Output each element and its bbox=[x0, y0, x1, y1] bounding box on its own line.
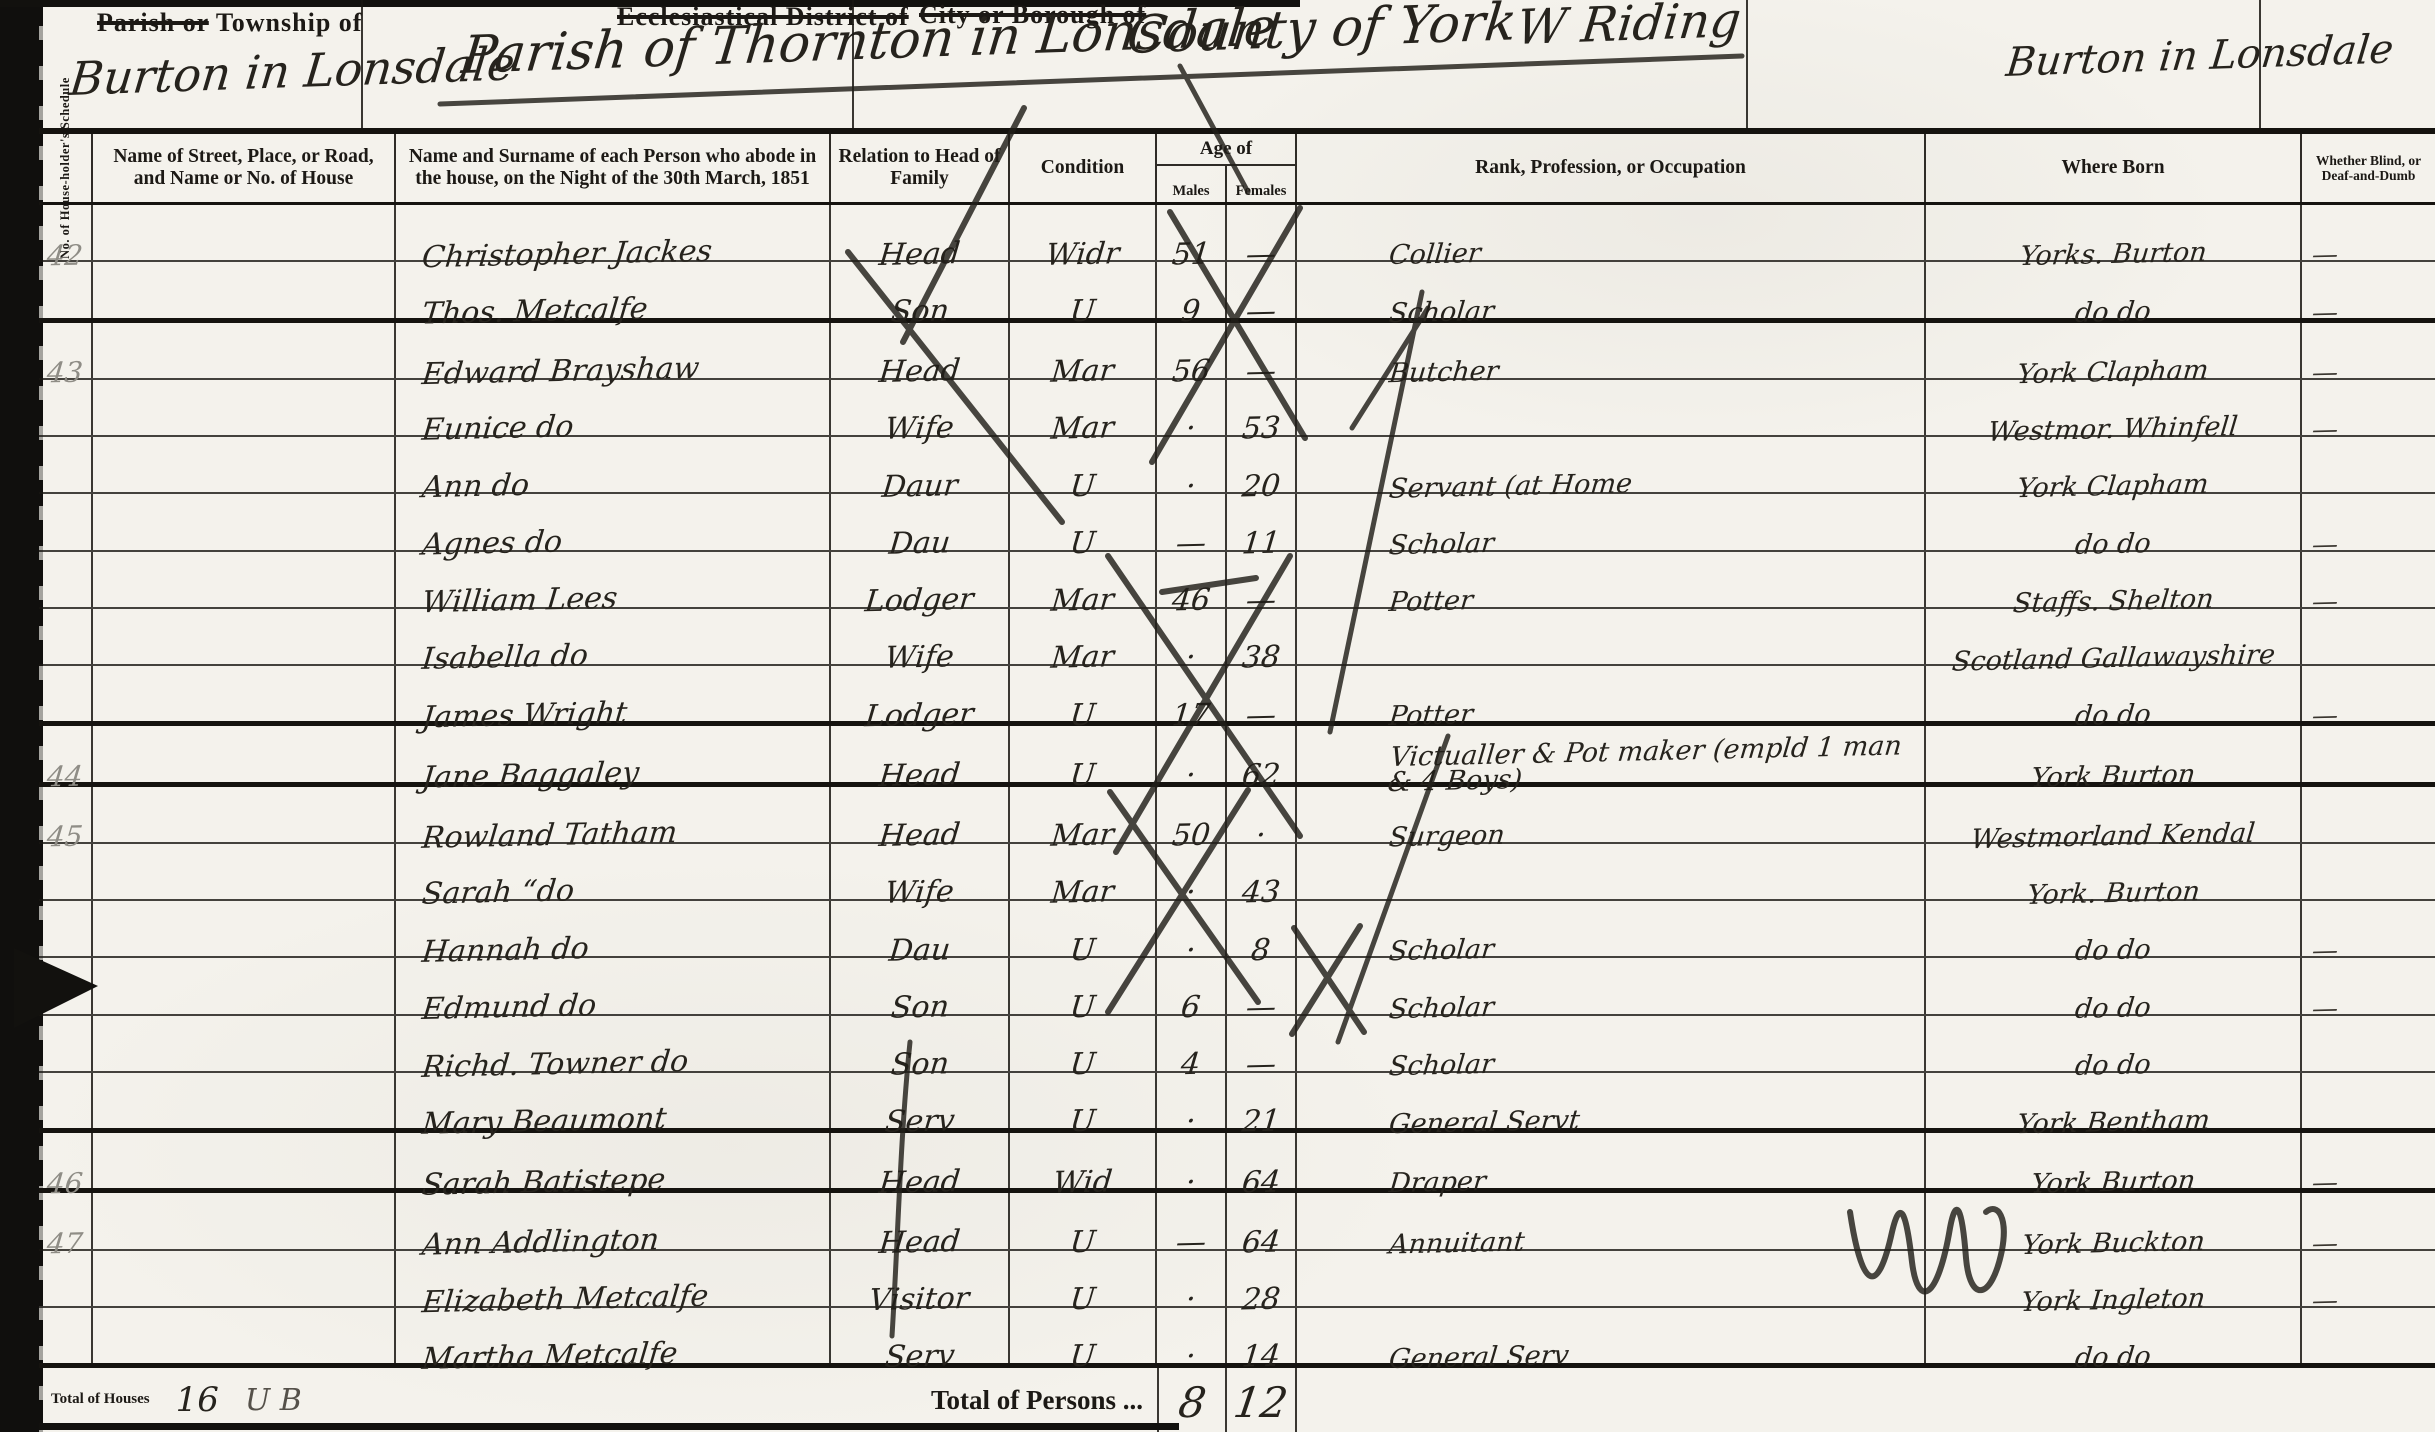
born-cell: York Clapham bbox=[1926, 437, 2302, 492]
born-cell: do do bbox=[1926, 958, 2302, 1013]
age-female-cell: 53 bbox=[1227, 380, 1297, 435]
condition-cell: Mar bbox=[1010, 323, 1157, 378]
schedule-number-cell: 46 bbox=[39, 1133, 93, 1188]
street-cell bbox=[93, 552, 396, 607]
age-female-cell: — bbox=[1227, 666, 1297, 721]
schedule-number-cell bbox=[39, 1308, 93, 1363]
schedule-number-cell bbox=[39, 609, 93, 664]
census-page-scan: Parish or Township of Ecclesiastical Dis… bbox=[0, 0, 2435, 1432]
occupation-cell: Draper bbox=[1297, 1133, 1926, 1188]
born-cell: York Clapham bbox=[1926, 323, 2302, 378]
occupation-cell: Scholar bbox=[1297, 262, 1926, 317]
bottom-rule bbox=[39, 1423, 1179, 1430]
table-row: Richd. Towner do Son U 4 — Scholar do do bbox=[39, 1016, 2435, 1073]
person-name-cell: Isabella do bbox=[396, 609, 831, 664]
street-cell bbox=[93, 1016, 396, 1071]
occupation-cell: Collier bbox=[1297, 205, 1926, 260]
condition-cell: U bbox=[1010, 1308, 1157, 1363]
table-row: Edmund do Son U 6 — Scholar do do — bbox=[39, 958, 2435, 1015]
occupation-cell: Surgeon bbox=[1297, 787, 1926, 842]
age-male-cell: 56 bbox=[1157, 323, 1227, 378]
person-name-cell: Jane Baggaley bbox=[396, 726, 831, 781]
age-female-cell: — bbox=[1227, 1016, 1297, 1071]
table-row: William Lees Lodger Mar 46 — Potter Staf… bbox=[39, 552, 2435, 609]
person-name-cell: Eunice do bbox=[396, 380, 831, 435]
township-label-struck: Parish or bbox=[97, 8, 209, 37]
occupation-cell: General Serv bbox=[1297, 1308, 1926, 1363]
total-houses-marks: U B bbox=[245, 1383, 302, 1418]
condition-cell: U bbox=[1010, 901, 1157, 956]
born-cell: Westmor. Whinfell bbox=[1926, 380, 2302, 435]
schedule-number-cell bbox=[39, 437, 93, 492]
schedule-number-cell: 42 bbox=[39, 205, 93, 260]
infirm-cell bbox=[2302, 609, 2435, 664]
schedule-number-cell: 44 bbox=[39, 726, 93, 781]
age-male-cell: · bbox=[1157, 437, 1227, 492]
occupation-cell: Victualler & Pot maker (empld 1 man & 4 … bbox=[1297, 726, 1926, 781]
infirm-cell: — bbox=[2302, 380, 2435, 435]
males-label: Males bbox=[1157, 166, 1227, 202]
age-female-cell: 8 bbox=[1227, 901, 1297, 956]
age-male-cell: · bbox=[1157, 901, 1227, 956]
street-cell bbox=[93, 437, 396, 492]
relation-cell: Lodger bbox=[831, 552, 1010, 607]
schedule-number-cell bbox=[39, 666, 93, 721]
age-male-cell: · bbox=[1157, 609, 1227, 664]
condition-cell: Mar bbox=[1010, 787, 1157, 842]
occupation-cell: Scholar bbox=[1297, 1016, 1926, 1071]
born-cell: do do bbox=[1926, 262, 2302, 317]
infirm-cell bbox=[2302, 1308, 2435, 1363]
total-females-value: 12 bbox=[1227, 1368, 1297, 1432]
infirm-cell bbox=[2302, 787, 2435, 842]
age-female-cell: — bbox=[1227, 552, 1297, 607]
relation-cell: Serv bbox=[831, 1308, 1010, 1363]
person-name-cell: Martha Metcalfe bbox=[396, 1308, 831, 1363]
schedule-number-cell bbox=[39, 844, 93, 899]
age-male-cell: 6 bbox=[1157, 958, 1227, 1013]
person-name-cell: James Wright bbox=[396, 666, 831, 721]
census-sheet: Parish or Township of Ecclesiastical Dis… bbox=[39, 0, 2435, 1432]
table-row: Thos. Metcalfe Son U 9 — Scholar do do — bbox=[39, 262, 2435, 322]
infirm-cell: — bbox=[2302, 666, 2435, 721]
column-header-row: No. of House-holder's Schedule Name of S… bbox=[39, 128, 2435, 205]
col-header-born: Where Born bbox=[1926, 134, 2302, 202]
born-cell: Yorks. Burton bbox=[1926, 205, 2302, 260]
person-name-cell: Elizabeth Metcalfe bbox=[396, 1251, 831, 1306]
col-header-name: Name and Surname of each Person who abod… bbox=[396, 134, 831, 202]
schedule-number-cell: 45 bbox=[39, 787, 93, 842]
born-cell: York Burton bbox=[1926, 726, 2302, 781]
relation-cell: Daur bbox=[831, 437, 1010, 492]
born-cell: Westmorland Kendal bbox=[1926, 787, 2302, 842]
person-name-cell: Edward Brayshaw bbox=[396, 323, 831, 378]
person-name-cell: Agnes do bbox=[396, 494, 831, 549]
infirm-cell: — bbox=[2302, 958, 2435, 1013]
relation-cell: Wife bbox=[831, 609, 1010, 664]
infirm-cell: — bbox=[2302, 1251, 2435, 1306]
condition-cell: U bbox=[1010, 437, 1157, 492]
person-name-cell: Richd. Towner do bbox=[396, 1016, 831, 1071]
header-divider bbox=[852, 0, 854, 128]
born-cell: York Buckton bbox=[1926, 1193, 2302, 1248]
table-row: 42 Christopher Jackes Head Widr 51 — Col… bbox=[39, 205, 2435, 262]
age-male-cell: · bbox=[1157, 726, 1227, 781]
condition-cell: Wid bbox=[1010, 1133, 1157, 1188]
relation-cell: Head bbox=[831, 726, 1010, 781]
relation-cell: Head bbox=[831, 787, 1010, 842]
age-of-label: Age of bbox=[1157, 134, 1295, 164]
infirm-cell: — bbox=[2302, 552, 2435, 607]
condition-cell: U bbox=[1010, 726, 1157, 781]
born-cell: York. Burton bbox=[1926, 844, 2302, 899]
header-divider bbox=[361, 0, 363, 128]
relation-cell: Wife bbox=[831, 844, 1010, 899]
born-cell: do do bbox=[1926, 494, 2302, 549]
born-cell: do do bbox=[1926, 666, 2302, 721]
occupation-cell: Scholar bbox=[1297, 958, 1926, 1013]
street-cell bbox=[93, 205, 396, 260]
occupation-cell bbox=[1297, 1251, 1926, 1306]
age-female-cell: 28 bbox=[1227, 1251, 1297, 1306]
infirm-cell: — bbox=[2302, 205, 2435, 260]
person-name-cell: Rowland Tatham bbox=[396, 787, 831, 842]
age-male-cell: · bbox=[1157, 1251, 1227, 1306]
person-name-cell: Edmund do bbox=[396, 958, 831, 1013]
age-male-cell: — bbox=[1157, 494, 1227, 549]
condition-cell: U bbox=[1010, 1073, 1157, 1128]
infirm-cell: — bbox=[2302, 323, 2435, 378]
condition-cell: Mar bbox=[1010, 609, 1157, 664]
occupation-cell: General Servt bbox=[1297, 1073, 1926, 1128]
age-female-cell: — bbox=[1227, 323, 1297, 378]
age-female-cell: 38 bbox=[1227, 609, 1297, 664]
born-cell: York Burton bbox=[1926, 1133, 2302, 1188]
occupation-cell bbox=[1297, 609, 1926, 664]
age-female-cell: 21 bbox=[1227, 1073, 1297, 1128]
age-male-cell: 51 bbox=[1157, 205, 1227, 260]
infirm-cell: — bbox=[2302, 494, 2435, 549]
col-header-relation: Relation to Head of Family bbox=[831, 134, 1010, 202]
age-female-cell: 64 bbox=[1227, 1133, 1297, 1188]
street-cell bbox=[93, 380, 396, 435]
col-header-age: Age of Males Females bbox=[1157, 134, 1297, 202]
schedule-number-cell bbox=[39, 380, 93, 435]
infirm-cell: — bbox=[2302, 901, 2435, 956]
infirm-cell: — bbox=[2302, 262, 2435, 317]
age-female-cell: — bbox=[1227, 262, 1297, 317]
relation-cell: Son bbox=[831, 262, 1010, 317]
schedule-number-cell bbox=[39, 552, 93, 607]
condition-cell: U bbox=[1010, 494, 1157, 549]
person-name-cell: Hannah do bbox=[396, 901, 831, 956]
col-header-street: Name of Street, Place, or Road, and Name… bbox=[93, 134, 396, 202]
age-female-cell: 14 bbox=[1227, 1308, 1297, 1363]
schedule-number-cell bbox=[39, 958, 93, 1013]
corner-township-value: Burton in Lonsdale bbox=[2004, 26, 2396, 86]
table-row: Mary Beaumont Serv U · 21 General Servt … bbox=[39, 1073, 2435, 1133]
riding-value: W Riding bbox=[1514, 0, 1744, 56]
born-cell: do do bbox=[1926, 1016, 2302, 1071]
header-divider bbox=[1746, 0, 1748, 128]
person-name-cell: Mary Beaumont bbox=[396, 1073, 831, 1128]
person-name-cell: Christopher Jackes bbox=[396, 205, 831, 260]
table-row: Ann do Daur U · 20 Servant (at Home York… bbox=[39, 437, 2435, 494]
age-female-cell: 11 bbox=[1227, 494, 1297, 549]
occupation-cell bbox=[1297, 380, 1926, 435]
infirm-cell: — bbox=[2302, 1193, 2435, 1248]
binding-edge bbox=[0, 0, 39, 1432]
relation-cell: Head bbox=[831, 205, 1010, 260]
street-cell bbox=[93, 1073, 396, 1128]
col-header-condition: Condition bbox=[1010, 134, 1157, 202]
table-row: Eunice do Wife Mar · 53 Westmor. Whinfel… bbox=[39, 380, 2435, 437]
infirm-cell: — bbox=[2302, 1133, 2435, 1188]
person-name-cell: Sarah Batistepe bbox=[396, 1133, 831, 1188]
table-row: Isabella do Wife Mar · 38 Scotland Galla… bbox=[39, 609, 2435, 666]
totals-empty-cell bbox=[1297, 1368, 2435, 1432]
col-header-schedule: No. of House-holder's Schedule bbox=[39, 134, 93, 202]
condition-cell: Widr bbox=[1010, 205, 1157, 260]
township-label-rest: Township of bbox=[216, 8, 363, 37]
schedule-number-cell: 47 bbox=[39, 1193, 93, 1248]
table-row: Elizabeth Metcalfe Visitor U · 28 York I… bbox=[39, 1251, 2435, 1308]
street-cell bbox=[93, 958, 396, 1013]
occupation-cell: Servant (at Home bbox=[1297, 437, 1926, 492]
schedule-number-cell: 43 bbox=[39, 323, 93, 378]
infirm-cell bbox=[2302, 1073, 2435, 1128]
street-cell bbox=[93, 666, 396, 721]
schedule-number-cell bbox=[39, 1073, 93, 1128]
age-male-cell: · bbox=[1157, 1308, 1227, 1363]
schedule-number-cell bbox=[39, 1016, 93, 1071]
age-male-cell: 4 bbox=[1157, 1016, 1227, 1071]
occupation-cell bbox=[1297, 844, 1926, 899]
person-name-cell: Thos. Metcalfe bbox=[396, 262, 831, 317]
person-name-cell: Ann Addlington bbox=[396, 1193, 831, 1248]
table-row: Martha Metcalfe Serv U · 14 General Serv… bbox=[39, 1308, 2435, 1368]
condition-cell: U bbox=[1010, 958, 1157, 1013]
relation-cell: Dau bbox=[831, 901, 1010, 956]
table-row: 44 Jane Baggaley Head U · 62 Victualler … bbox=[39, 726, 2435, 786]
age-female-cell: 64 bbox=[1227, 1193, 1297, 1248]
table-row: 47 Ann Addlington Head U — 64 Annuitant … bbox=[39, 1193, 2435, 1250]
age-male-cell: · bbox=[1157, 1073, 1227, 1128]
table-row: Hannah do Dau U · 8 Scholar do do — bbox=[39, 901, 2435, 958]
table-row: 45 Rowland Tatham Head Mar 50 · Surgeon … bbox=[39, 787, 2435, 844]
street-cell bbox=[93, 494, 396, 549]
relation-cell: Lodger bbox=[831, 666, 1010, 721]
females-label: Females bbox=[1227, 166, 1295, 202]
occupation-cell: Potter bbox=[1297, 552, 1926, 607]
table-row: 43 Edward Brayshaw Head Mar 56 — Butcher… bbox=[39, 323, 2435, 380]
total-houses-value: 16 bbox=[176, 1380, 219, 1420]
age-male-cell: 50 bbox=[1157, 787, 1227, 842]
occupation-cell: Butcher bbox=[1297, 323, 1926, 378]
col-header-occupation: Rank, Profession, or Occupation bbox=[1297, 134, 1926, 202]
relation-cell: Son bbox=[831, 958, 1010, 1013]
street-cell bbox=[93, 1193, 396, 1248]
infirm-cell bbox=[2302, 1016, 2435, 1071]
schedule-number-cell bbox=[39, 262, 93, 317]
table-body: 42 Christopher Jackes Head Widr 51 — Col… bbox=[39, 205, 2435, 1368]
age-male-cell: 9 bbox=[1157, 262, 1227, 317]
schedule-number-cell bbox=[39, 1251, 93, 1306]
street-cell bbox=[93, 262, 396, 317]
street-cell bbox=[93, 1251, 396, 1306]
relation-cell: Head bbox=[831, 1133, 1010, 1188]
table-row: Agnes do Dau U — 11 Scholar do do — bbox=[39, 494, 2435, 551]
age-female-cell: · bbox=[1227, 787, 1297, 842]
township-label: Parish or Township of bbox=[97, 8, 362, 38]
condition-cell: U bbox=[1010, 1193, 1157, 1248]
street-cell bbox=[93, 726, 396, 781]
age-female-cell: 20 bbox=[1227, 437, 1297, 492]
relation-cell: Dau bbox=[831, 494, 1010, 549]
born-cell: York Ingleton bbox=[1926, 1251, 2302, 1306]
infirm-cell bbox=[2302, 726, 2435, 781]
occupation-cell: Scholar bbox=[1297, 901, 1926, 956]
condition-cell: Mar bbox=[1010, 552, 1157, 607]
age-male-cell: — bbox=[1157, 1193, 1227, 1248]
infirm-cell bbox=[2302, 437, 2435, 492]
totals-row: Total of Houses 16 U B Total of Persons … bbox=[39, 1368, 2435, 1432]
born-cell: Scotland Gallawayshire bbox=[1926, 609, 2302, 664]
condition-cell: U bbox=[1010, 262, 1157, 317]
person-name-cell: Sarah “do bbox=[396, 844, 831, 899]
col-header-infirm: Whether Blind, or Deaf-and-Dumb bbox=[2302, 134, 2435, 202]
table-row: 46 Sarah Batistepe Head Wid · 64 Draper … bbox=[39, 1133, 2435, 1193]
age-female-cell: — bbox=[1227, 205, 1297, 260]
table-row: James Wright Lodger U 17 — Potter do do … bbox=[39, 666, 2435, 726]
age-male-cell: · bbox=[1157, 380, 1227, 435]
age-female-cell: 43 bbox=[1227, 844, 1297, 899]
occupation-cell: Annuitant bbox=[1297, 1193, 1926, 1248]
person-name-cell: Ann do bbox=[396, 437, 831, 492]
street-cell bbox=[93, 1133, 396, 1188]
header-divider bbox=[2259, 0, 2261, 128]
born-cell: Staffs. Shelton bbox=[1926, 552, 2302, 607]
occupation-cell: Potter bbox=[1297, 666, 1926, 721]
street-cell bbox=[93, 1308, 396, 1363]
condition-cell: Mar bbox=[1010, 380, 1157, 435]
age-male-cell: 17 bbox=[1157, 666, 1227, 721]
born-cell: do do bbox=[1926, 1308, 2302, 1363]
condition-cell: Mar bbox=[1010, 844, 1157, 899]
occupation-cell: Scholar bbox=[1297, 494, 1926, 549]
schedule-number-cell bbox=[39, 901, 93, 956]
township-value: Burton in Lonsdale bbox=[67, 36, 518, 106]
table-row: Sarah “do Wife Mar · 43 York. Burton bbox=[39, 844, 2435, 901]
relation-cell: Wife bbox=[831, 380, 1010, 435]
age-male-cell: 46 bbox=[1157, 552, 1227, 607]
city-value: County of York bbox=[1124, 0, 1520, 66]
age-female-cell: — bbox=[1227, 958, 1297, 1013]
age-female-cell: 62 bbox=[1227, 726, 1297, 781]
condition-cell: U bbox=[1010, 666, 1157, 721]
infirm-cell bbox=[2302, 844, 2435, 899]
relation-cell: Head bbox=[831, 323, 1010, 378]
relation-cell: Serv bbox=[831, 1073, 1010, 1128]
relation-cell: Son bbox=[831, 1016, 1010, 1071]
condition-cell: U bbox=[1010, 1251, 1157, 1306]
street-cell bbox=[93, 323, 396, 378]
born-cell: do do bbox=[1926, 901, 2302, 956]
age-male-cell: · bbox=[1157, 1133, 1227, 1188]
relation-cell: Head bbox=[831, 1193, 1010, 1248]
street-cell bbox=[93, 844, 396, 899]
born-cell: York Bentham bbox=[1926, 1073, 2302, 1128]
age-male-cell: · bbox=[1157, 844, 1227, 899]
relation-cell: Visitor bbox=[831, 1251, 1010, 1306]
condition-cell: U bbox=[1010, 1016, 1157, 1071]
person-name-cell: William Lees bbox=[396, 552, 831, 607]
street-cell bbox=[93, 609, 396, 664]
total-houses-label: Total of Houses bbox=[51, 1392, 150, 1408]
street-cell bbox=[93, 901, 396, 956]
header-strip: Parish or Township of Ecclesiastical Dis… bbox=[39, 0, 2435, 128]
schedule-number-cell bbox=[39, 494, 93, 549]
street-cell bbox=[93, 787, 396, 842]
